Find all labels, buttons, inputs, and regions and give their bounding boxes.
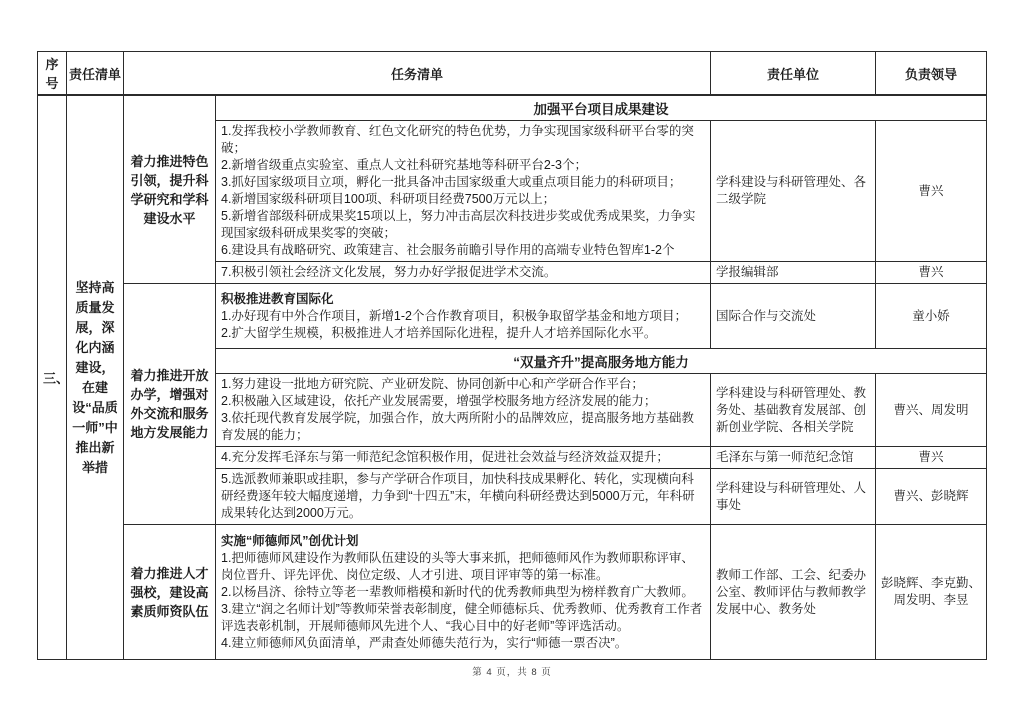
header-duty-list: 责任清单 xyxy=(67,52,124,96)
task-item: 7.积极引领社会经济文化发展，努力办好学报促进学术交流。 xyxy=(221,264,705,281)
task-item: 4.新增国家级科研项目100项、科研项目经费7500万元以上； xyxy=(221,191,705,208)
leader-cell: 曹兴 xyxy=(876,121,987,262)
task-cell-local-service: 1.努力建设一批地方研究院、产业研发院、协同创新中心和产学研合作平台； 2.积极… xyxy=(216,374,711,447)
task-heading: 积极推进教育国际化 xyxy=(221,291,705,308)
task-heading: 实施“师德师风”创优计划 xyxy=(221,533,705,550)
task-item: 2.积极融入区域建设，依托产业发展需要，增强学校服务地方经济发展的能力； xyxy=(221,393,705,410)
unit-cell: 教师工作部、工会、纪委办公室、教师评估与教师教学发展中心、教务处 xyxy=(711,525,876,660)
table-header-row: 序号 责任清单 任务清单 责任单位 负责领导 xyxy=(38,52,987,96)
band-heading-platform: 加强平台项目成果建设 xyxy=(216,95,987,121)
task-item: 2.扩大留学生规模，积极推进人才培养国际化进程，提升人才培养国际化水平。 xyxy=(221,325,705,342)
unit-cell: 学科建设与科研管理处、各二级学院 xyxy=(711,121,876,262)
table-row: 着力推进开放办学，增强对外交流和服务地方发展能力 积极推进教育国际化 1.办好现… xyxy=(38,284,987,349)
leader-cell: 曹兴 xyxy=(876,262,987,284)
task-item: 1.把师德师风建设作为教师队伍建设的头等大事来抓，把师德师风作为教师职称评审、岗… xyxy=(221,550,705,584)
leader-cell: 曹兴 xyxy=(876,447,987,469)
task-item: 3.抓好国家级项目立项，孵化一批具备冲击国家级重大或重点项目能力的科研项目； xyxy=(221,174,705,191)
task-item: 1.办好现有中外合作项目，新增1-2个合作教育项目，积极争取留学基金和地方项目； xyxy=(221,308,705,325)
task-item: 3.建立“润之名师计划”等教师荣誉表彰制度，健全师德标兵、优秀教师、优秀教育工作… xyxy=(221,601,705,635)
task-cell-internationalization: 积极推进教育国际化 1.办好现有中外合作项目，新增1-2个合作教育项目，积极争取… xyxy=(216,284,711,349)
task-item: 2.新增省级重点实验室、重点人文社科研究基地等科研平台2-3个； xyxy=(221,157,705,174)
task-cell-research: 1.发挥我校小学教师教育、红色文化研究的特色优势，力争实现国家级科研平台零的突破… xyxy=(216,121,711,262)
header-task-list: 任务清单 xyxy=(124,52,711,96)
task-item: 4.充分发挥毛泽东与第一师范纪念馆积极作用，促进社会效益与经济效益双提升； xyxy=(221,449,705,466)
duty-list-cell: 坚持高质量发展，深化内涵建设，在建设“品质一师”中推出新举措 xyxy=(67,95,124,660)
task-cell-memorial: 4.充分发挥毛泽东与第一师范纪念馆积极作用，促进社会效益与经济效益双提升； xyxy=(216,447,711,469)
leader-cell: 彭晓辉、李克勤、周发明、李昱 xyxy=(876,525,987,660)
subcategory-research: 着力推进特色引领，提升科学研究和学科建设水平 xyxy=(124,95,216,284)
task-item: 1.努力建设一批地方研究院、产业研发院、协同创新中心和产学研合作平台； xyxy=(221,376,705,393)
task-item: 3.依托现代教育发展学院，加强合作，放大两所附小的品牌效应，提高服务地方基础教育… xyxy=(221,410,705,444)
task-table: 序号 责任清单 任务清单 责任单位 负责领导 三、 坚持高质量发展，深化内涵建设… xyxy=(37,51,987,660)
leader-cell: 曹兴、周发明 xyxy=(876,374,987,447)
task-item: 1.发挥我校小学教师教育、红色文化研究的特色优势，力争实现国家级科研平台零的突破… xyxy=(221,123,705,157)
table-row: 着力推进人才强校，建设高素质师资队伍 实施“师德师风”创优计划 1.把师德师风建… xyxy=(38,525,987,660)
task-item: 5.选派教师兼职或挂职，参与产学研合作项目，加快科技成果孵化、转化，实现横向科研… xyxy=(221,471,705,522)
unit-cell: 国际合作与交流处 xyxy=(711,284,876,349)
header-responsible-leader: 负责领导 xyxy=(876,52,987,96)
unit-cell: 学科建设与科研管理处、教务处、基础教育发展部、创新创业学院、各相关学院 xyxy=(711,374,876,447)
task-item: 2.以杨昌济、徐特立等老一辈教师楷模和新时代的优秀教师典型为榜样教育广大教师。 xyxy=(221,584,705,601)
task-item: 5.新增省部级科研成果奖15项以上，努力冲击高层次科技进步奖或优秀成果奖，力争实… xyxy=(221,208,705,242)
unit-cell: 学科建设与科研管理处、人事处 xyxy=(711,469,876,525)
band-heading-local-service: “双量齐升”提高服务地方能力 xyxy=(216,349,987,374)
document-page: 序号 责任清单 任务清单 责任单位 负责领导 三、 坚持高质量发展，深化内涵建设… xyxy=(0,0,1024,724)
band-row-1: 三、 坚持高质量发展，深化内涵建设，在建设“品质一师”中推出新举措 着力推进特色… xyxy=(38,95,987,121)
unit-cell: 学报编辑部 xyxy=(711,262,876,284)
task-cell-transfer: 5.选派教师兼职或挂职，参与产学研合作项目，加快科技成果孵化、转化，实现横向科研… xyxy=(216,469,711,525)
subcategory-open-schooling: 着力推进开放办学，增强对外交流和服务地方发展能力 xyxy=(124,284,216,525)
task-cell-journal: 7.积极引领社会经济文化发展，努力办好学报促进学术交流。 xyxy=(216,262,711,284)
unit-cell: 毛泽东与第一师范纪念馆 xyxy=(711,447,876,469)
task-cell-teacher-ethics: 实施“师德师风”创优计划 1.把师德师风建设作为教师队伍建设的头等大事来抓，把师… xyxy=(216,525,711,660)
header-serial-number: 序号 xyxy=(38,52,67,96)
subcategory-talent: 着力推进人才强校，建设高素质师资队伍 xyxy=(124,525,216,660)
leader-cell: 曹兴、彭晓辉 xyxy=(876,469,987,525)
page-footer: 第 4 页，共 8 页 xyxy=(0,664,1024,678)
task-item: 6.建设具有战略研究、政策建言、社会服务前瞻引导作用的高端专业特色智库1-2个 xyxy=(221,242,705,259)
leader-cell: 童小娇 xyxy=(876,284,987,349)
serial-number-cell: 三、 xyxy=(38,95,67,660)
task-item: 4.建立师德师风负面清单，严肃查处师德失范行为，实行“师德一票否决”。 xyxy=(221,635,705,652)
header-responsible-unit: 责任单位 xyxy=(711,52,876,96)
